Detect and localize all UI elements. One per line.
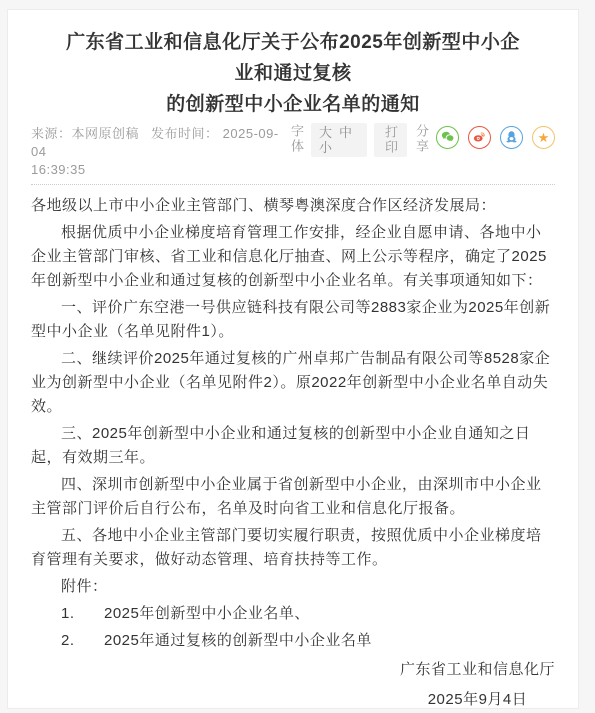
weibo-share-button[interactable] bbox=[468, 126, 491, 149]
attachment-item-2: 2.2025年通过复核的创新型中小企业名单 bbox=[31, 629, 555, 653]
signature-department: 广东省工业和信息化厅 bbox=[400, 656, 555, 680]
article-toolbar: 字体 大 中 小 打印 分享 bbox=[289, 123, 555, 157]
article-card: 广东省工业和信息化厅关于公布2025年创新型中小企业和通过复核 的创新型中小企业… bbox=[7, 9, 579, 680]
paragraph-item-4: 四、深圳市创新型中小企业属于省创新型中小企业，由深圳市中小企业主管部门评价后自行… bbox=[31, 473, 555, 521]
paragraph-intro: 根据优质中小企业梯度培育管理工作安排，经企业自愿申请、各地中小企业主管部门审核、… bbox=[31, 221, 555, 293]
font-size-medium-button[interactable]: 中 bbox=[339, 125, 352, 140]
attachment-number: 2. bbox=[61, 629, 104, 653]
weibo-icon bbox=[472, 129, 487, 147]
qq-share-button[interactable] bbox=[500, 126, 523, 149]
attachment-number: 1. bbox=[61, 602, 104, 626]
font-size-small-button[interactable]: 小 bbox=[319, 140, 332, 155]
page-title-line2: 的创新型中小企业名单的通知 bbox=[57, 89, 529, 120]
page-title: 广东省工业和信息化厅关于公布2025年创新型中小企业和通过复核 的创新型中小企业… bbox=[31, 27, 555, 120]
paragraph-item-5: 五、各地中小企业主管部门要切实履行职责，按照优质中小企业梯度培育管理有关要求，做… bbox=[31, 524, 555, 572]
font-size-large-button[interactable]: 大 bbox=[319, 125, 332, 140]
attachment-title: 2025年创新型中小企业名单、 bbox=[104, 605, 310, 622]
attachment-item-1: 1.2025年创新型中小企业名单、 bbox=[31, 602, 555, 626]
attachments-label: 附件： bbox=[31, 575, 555, 599]
favorite-star-icon: ★ bbox=[538, 131, 550, 144]
favorite-button[interactable]: ★ bbox=[532, 126, 555, 149]
publish-time-label: 发布时间： bbox=[151, 126, 219, 141]
print-button-label: 打印 bbox=[383, 125, 398, 155]
meta-toolbar-row: 来源：本网原创稿发布时间： 2025-09-04 16:39:35 字体 大 中… bbox=[31, 123, 555, 179]
font-size-label: 字体 bbox=[289, 123, 304, 157]
page-title-line1: 广东省工业和信息化厅关于公布2025年创新型中小企业和通过复核 bbox=[57, 27, 529, 89]
share-label: 分享 bbox=[414, 123, 429, 157]
font-size-selector[interactable]: 大 中 小 bbox=[311, 123, 367, 157]
print-button[interactable]: 打印 bbox=[374, 123, 407, 157]
wechat-icon bbox=[440, 129, 455, 147]
salutation-line: 各地级以上市中小企业主管部门、横琴粤澳深度合作区经济发展局： bbox=[31, 194, 555, 218]
qq-icon bbox=[504, 129, 519, 147]
attachment-title: 2025年通过复核的创新型中小企业名单 bbox=[104, 632, 372, 649]
article-meta: 来源：本网原创稿发布时间： 2025-09-04 16:39:35 bbox=[31, 123, 289, 179]
wechat-share-button[interactable] bbox=[436, 126, 459, 149]
paragraph-item-2: 二、继续评价2025年通过复核的广州卓邦广告制品有限公司等8528家企业为创新型… bbox=[31, 347, 555, 419]
signature-block: 广东省工业和信息化厅 2025年9月4日 bbox=[31, 656, 555, 680]
paragraph-item-3: 三、2025年创新型中小企业和通过复核的创新型中小企业自通知之日起，有效期三年。 bbox=[31, 422, 555, 470]
source-label: 来源： bbox=[31, 126, 72, 141]
share-icon-group: ★ bbox=[436, 123, 555, 149]
source-value: 本网原创稿 bbox=[72, 126, 140, 141]
paragraph-item-1: 一、评价广东空港一号供应链科技有限公司等2883家企业为2025年创新型中小企业… bbox=[31, 296, 555, 344]
publish-clock: 16:39:35 bbox=[31, 161, 289, 179]
article-body: 各地级以上市中小企业主管部门、横琴粤澳深度合作区经济发展局： 根据优质中小企业梯… bbox=[31, 194, 555, 680]
separator-line bbox=[31, 184, 555, 185]
